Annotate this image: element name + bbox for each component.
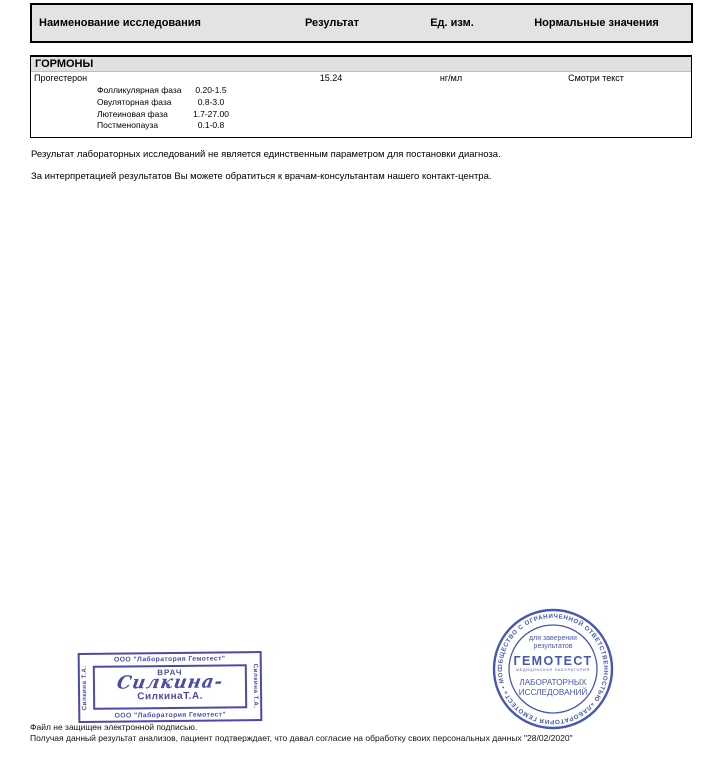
stamp-side-name-left: Силкина Т.А.: [81, 665, 88, 710]
column-header-normal: Нормальные значения: [502, 17, 691, 29]
column-header-units: Ед. изм.: [402, 17, 502, 29]
reference-row: Постменопауза0.1-0.8: [31, 120, 691, 132]
phase-range: 0.8-3.0: [183, 97, 239, 109]
reference-row: Лютеиновая фаза1.7-27.00: [31, 109, 691, 121]
test-normal: Смотри текст: [501, 72, 691, 85]
stamp-side-name-right: Силкина Т.А.: [252, 664, 259, 709]
disclaimer-note: Результат лабораторных исследований не я…: [31, 149, 501, 160]
phase-range: 0.1-0.8: [183, 120, 239, 132]
consultation-note: За интерпретацией результатов Вы можете …: [31, 171, 492, 182]
stamp-purpose-line2: результатов: [534, 643, 573, 650]
test-result: 15.24: [261, 72, 401, 85]
stamp-subject-line2: ИССЛЕДОВАНИЙ: [519, 686, 588, 697]
stamp-brand: ГЕМОТЕСТ: [513, 654, 592, 668]
results-table-header: Наименование исследования Результат Ед. …: [30, 3, 693, 43]
test-units: нг/мл: [401, 72, 501, 85]
doctor-signature: Силкина-: [94, 674, 247, 692]
footer-signature-note: Файл не защищен электронной подписью.: [30, 722, 197, 732]
phase-label: Фолликулярная фаза: [97, 85, 183, 97]
phase-range: 1.7-27.00: [183, 109, 239, 121]
column-header-result: Результат: [262, 17, 402, 29]
round-lab-stamp: ОБЩЕСТВО С ОГРАНИЧЕННОЙ ОТВЕТСТВЕННОСТЬЮ…: [490, 606, 616, 737]
footer-consent-note: Получая данный результат анализов, пацие…: [30, 733, 573, 743]
doctor-stamp: ООО "Лаборатория Гемотест" ВРАЧ Силкина-…: [78, 651, 263, 723]
reference-row: Овуляторная фаза0.8-3.0: [31, 97, 691, 109]
stamp-org-bottom: ООО "Лаборатория Гемотест": [80, 709, 260, 722]
stamp-tagline: МЕДИЦИНСКАЯ ЛАБОРАТОРИЯ: [516, 668, 590, 672]
table-row: Прогестерон 15.24 нг/мл Смотри текст: [31, 72, 691, 85]
hormones-section: ГОРМОНЫ Прогестерон 15.24 нг/мл Смотри т…: [30, 55, 692, 138]
reference-row: Фолликулярная фаза0.20-1.5: [31, 85, 691, 97]
doctor-stamp-inner: ВРАЧ Силкина- СилкинаТ.А.: [93, 664, 247, 710]
round-stamp-graphic: ОБЩЕСТВО С ОГРАНИЧЕННОЙ ОТВЕТСТВЕННОСТЬЮ…: [490, 606, 616, 732]
stamp-subject-line1: ЛАБОРАТОРНЫХ: [519, 678, 587, 687]
section-title: ГОРМОНЫ: [31, 57, 691, 72]
phase-label: Овуляторная фаза: [97, 97, 183, 109]
phase-range: 0.20-1.5: [183, 85, 239, 97]
phase-label: Постменопауза: [97, 120, 183, 132]
column-header-name: Наименование исследования: [32, 17, 262, 29]
phase-label: Лютеиновая фаза: [97, 109, 183, 121]
test-name: Прогестерон: [31, 72, 261, 85]
stamp-purpose-line1: для заверения: [529, 635, 577, 642]
